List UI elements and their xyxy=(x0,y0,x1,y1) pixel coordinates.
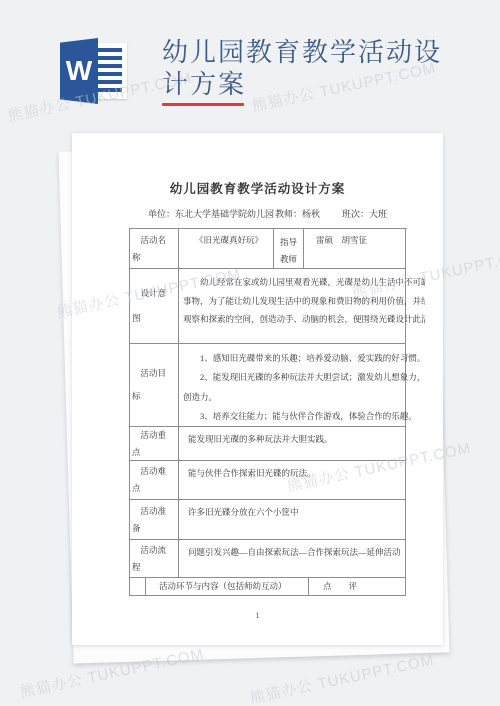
cell-key-point-text: 能发现旧光碟的多种玩法并大胆实践。 xyxy=(179,427,406,461)
page-title-line1: 幼儿园教育教学活动设 xyxy=(162,36,462,68)
table-row-key-point: 活动重点 能发现旧光碟的多种玩法并大胆实践。 xyxy=(130,427,407,461)
document-title: 幼儿园教育教学活动设计方案 xyxy=(72,179,443,197)
table-row-preparation: 活动准备 许多旧光碟分放在六个小筐中 xyxy=(130,500,407,540)
table-row-design-intent: 设计意图 幼儿经常在家或幼儿园里观看光碟，光碟是幼儿生活中不可缺少的 事物，为了… xyxy=(130,269,407,344)
activity-design-table: 活动名称 《旧光碟真好玩》 指导教师 雷硕 胡雪征 设计意图 幼儿经常在家或幼儿… xyxy=(129,228,407,596)
meta-class: 班次：大班 xyxy=(342,207,387,220)
cell-design-intent-label: 设计意图 xyxy=(130,269,179,344)
word-icon-text-line xyxy=(97,56,122,60)
word-icon-text-line xyxy=(97,64,122,68)
cell-difficult-point-text: 能与伙伴合作探索旧光碟的玩法。 xyxy=(179,461,406,500)
table-row-process: 活动流程 问题引发兴趣—自由探索玩法—合作探索玩法—延伸活动 xyxy=(130,540,407,578)
word-icon-text-line xyxy=(97,80,122,84)
meta-teacher: 教师：杨秋 xyxy=(275,207,320,220)
cell-goals-text: 1、感知旧光碟带来的乐趣；培养爱动脑、爱实践的好习惯。 2、能发现旧光碟的多种玩… xyxy=(179,344,406,427)
cell-advisor-label: 指导教师 xyxy=(274,229,304,269)
cell-advisor-names: 雷硕 胡雪征 xyxy=(304,229,406,269)
cell-footer-empty xyxy=(130,578,146,596)
cell-activity-name-value: 《旧光碟真好玩》 xyxy=(179,229,274,269)
table-row-goals: 活动目标 1、感知旧光碟带来的乐趣；培养爱动脑、爱实践的好习惯。 2、能发现旧光… xyxy=(130,344,407,427)
title-red-underline xyxy=(162,103,244,106)
table-row-difficult-point: 活动难点 能与伙伴合作探索旧光碟的玩法。 xyxy=(130,461,407,500)
table-row-section-headers: 活动环节与内容（包括师幼互动） 点 评 xyxy=(130,578,407,596)
page-number: 1 xyxy=(72,611,443,620)
word-icon-text-line xyxy=(97,48,122,52)
cell-design-intent-text: 幼儿经常在家或幼儿园里观看光碟，光碟是幼儿生活中不可缺少的 事物，为了能让幼儿发… xyxy=(179,269,406,344)
word-icon-text-line xyxy=(97,88,122,92)
cell-footer-review-header: 点 评 xyxy=(309,578,406,596)
table-row-activity-name: 活动名称 《旧光碟真好玩》 指导教师 雷硕 胡雪征 xyxy=(130,229,407,269)
word-icon-w-letter: W xyxy=(60,38,98,104)
cell-preparation-text: 许多旧光碟分放在六个小筐中 xyxy=(179,500,406,540)
cell-activity-name-label: 活动名称 xyxy=(130,229,179,269)
document-page: 幼儿园教育教学活动设计方案 单位：东北大学基础学院幼儿园 教师：杨秋 班次：大班… xyxy=(72,133,443,645)
word-app-icon: W xyxy=(60,38,130,104)
cell-preparation-label: 活动准备 xyxy=(130,500,179,540)
cell-difficult-point-label: 活动难点 xyxy=(130,461,179,500)
cell-footer-content-header: 活动环节与内容（包括师幼互动） xyxy=(146,578,309,596)
cell-process-text: 问题引发兴趣—自由探索玩法—合作探索玩法—延伸活动 xyxy=(179,540,406,578)
page-title: 幼儿园教育教学活动设 计方案 xyxy=(162,36,462,100)
meta-unit: 单位：东北大学基础学院幼儿园 xyxy=(148,207,274,220)
page-title-line2: 计方案 xyxy=(162,68,462,100)
cell-process-label: 活动流程 xyxy=(130,540,179,578)
word-icon-text-line xyxy=(97,72,122,76)
cell-goals-label: 活动目标 xyxy=(130,344,179,427)
cell-key-point-label: 活动重点 xyxy=(130,427,179,461)
